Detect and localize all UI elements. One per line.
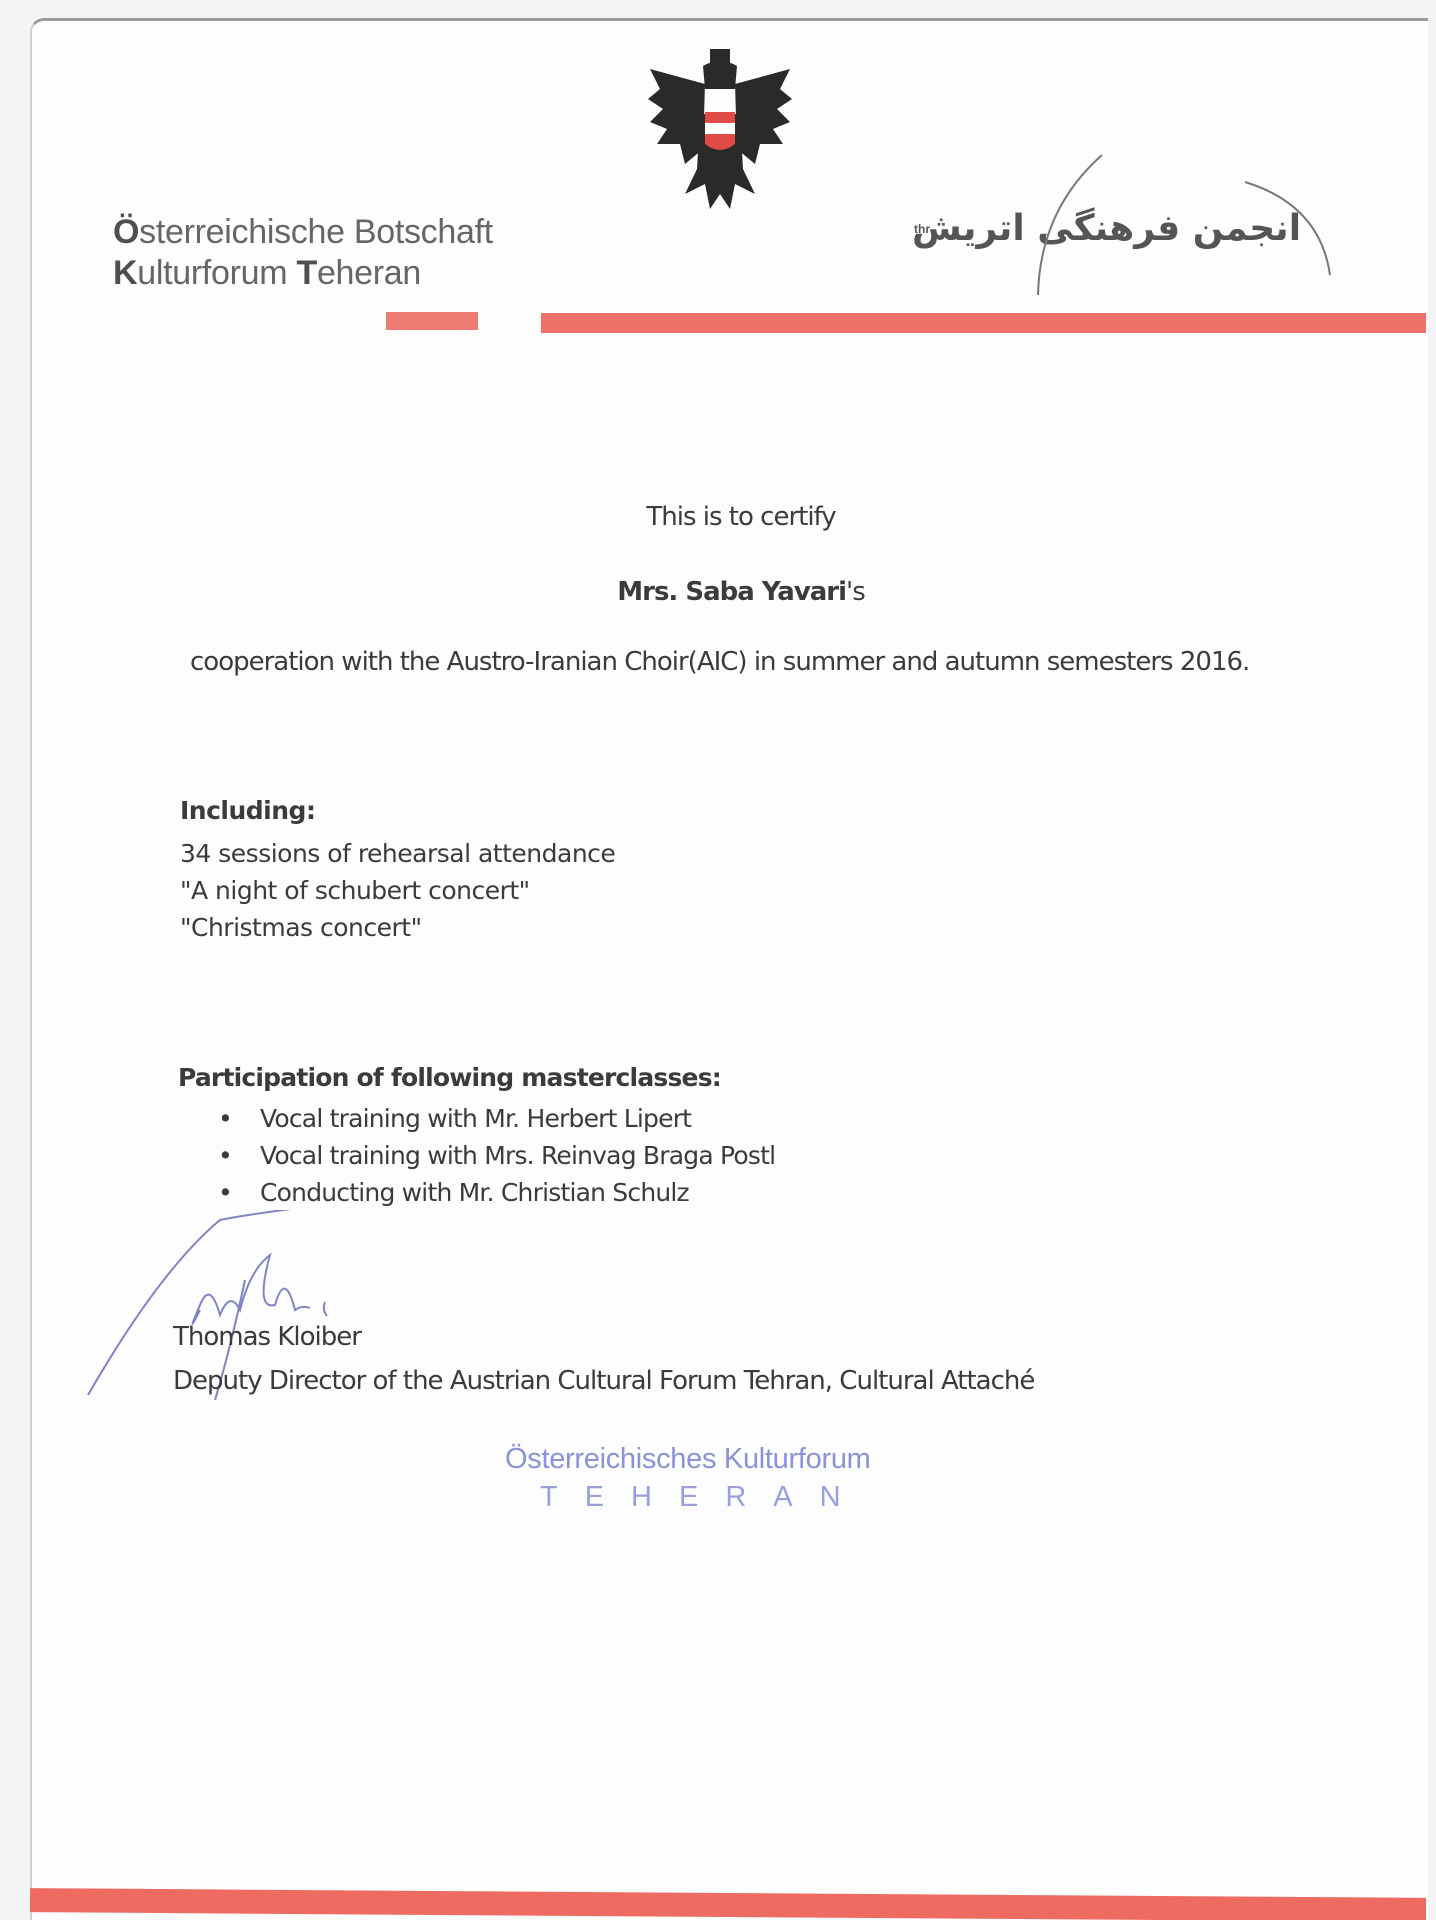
recipient-name: Mrs. Saba Yavari's <box>0 577 1436 607</box>
header-accent-bar-long <box>541 313 1426 333</box>
persian-trademark: thr <box>914 222 930 236</box>
logo-arc-decoration <box>1030 150 1340 300</box>
header-accent-bar-short <box>386 312 478 330</box>
austrian-eagle-coat-of-arms-icon <box>645 44 795 214</box>
list-item: Vocal training with Mrs. Reinvag Braga P… <box>218 1137 775 1174</box>
signatory-title: Deputy Director of the Austrian Cultural… <box>173 1366 1034 1396</box>
list-item: Conducting with Mr. Christian Schulz <box>218 1174 775 1211</box>
signatory-name: Thomas Kloiber <box>173 1322 361 1352</box>
including-list: 34 sessions of rehearsal attendance "A n… <box>180 835 615 946</box>
certificate-statement: cooperation with the Austro-Iranian Choi… <box>190 647 1249 677</box>
stamp-line1: Österreichisches Kulturforum <box>505 1443 871 1476</box>
embassy-name-line2: Kulturforum Teheran <box>113 253 493 294</box>
certify-intro: This is to certify <box>0 502 1436 532</box>
list-item: "Christmas concert" <box>180 909 615 946</box>
certificate-page <box>30 18 1428 1920</box>
embassy-name-line1: Österreichische Botschaft <box>113 212 493 253</box>
including-heading: Including: <box>180 796 315 825</box>
masterclasses-heading: Participation of following masterclasses… <box>178 1063 721 1092</box>
embassy-name: Österreichische Botschaft Kulturforum Te… <box>113 212 493 294</box>
stamp-line2: TEHERAN <box>540 1481 868 1514</box>
list-item: Vocal training with Mr. Herbert Lipert <box>218 1100 775 1137</box>
masterclasses-list: Vocal training with Mr. Herbert Lipert V… <box>218 1100 775 1211</box>
list-item: "A night of schubert concert" <box>180 872 615 909</box>
list-item: 34 sessions of rehearsal attendance <box>180 835 615 872</box>
